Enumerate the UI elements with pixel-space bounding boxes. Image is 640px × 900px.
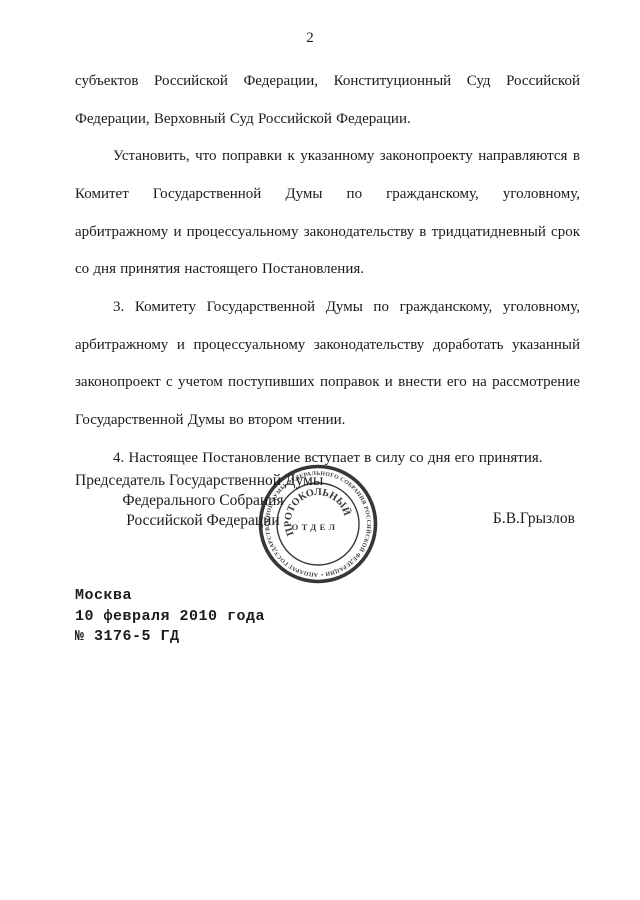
body-line: законопроект с учетом поступивших поправ… [75,364,580,402]
stamp-title-line: ОТДЕЛ [292,522,339,532]
body-line: субъектов Российской Федерации, Конститу… [75,63,580,101]
body-line: Федерации, Верховный Суд Российской Феде… [75,101,580,139]
signatory-name: Б.В.Грызлов [493,509,575,529]
footer-city: Москва [75,586,265,607]
page-number: 2 [60,28,560,48]
footer-number: № 3176-5 ГД [75,627,265,648]
document-page: 2 субъектов Российской Федерации, Консти… [0,0,640,900]
footer-date: 10 февраля 2010 года [75,607,265,628]
body-line: арбитражному и процессуальному законодат… [75,327,580,365]
body-line: Государственной Думы во втором чтении. [75,402,580,440]
body-line: Комитет Государственной Думы по гражданс… [75,176,580,214]
body-line: Установить, что поправки к указанному за… [75,138,580,176]
body-line: 3. Комитету Государственной Думы по граж… [75,289,580,327]
footer-block: Москва 10 февраля 2010 года № 3176-5 ГД [75,586,265,648]
document-body: субъектов Российской Федерации, Конститу… [75,63,580,477]
body-line: со дня принятия настоящего Постановления… [75,251,580,289]
body-line: арбитражному и процессуальному законодат… [75,214,580,252]
protocol-department-stamp-icon: АППАРАТ ГОСУДАРСТВЕННОЙ ДУМЫ ФЕДЕРАЛЬНОГ… [256,462,380,586]
